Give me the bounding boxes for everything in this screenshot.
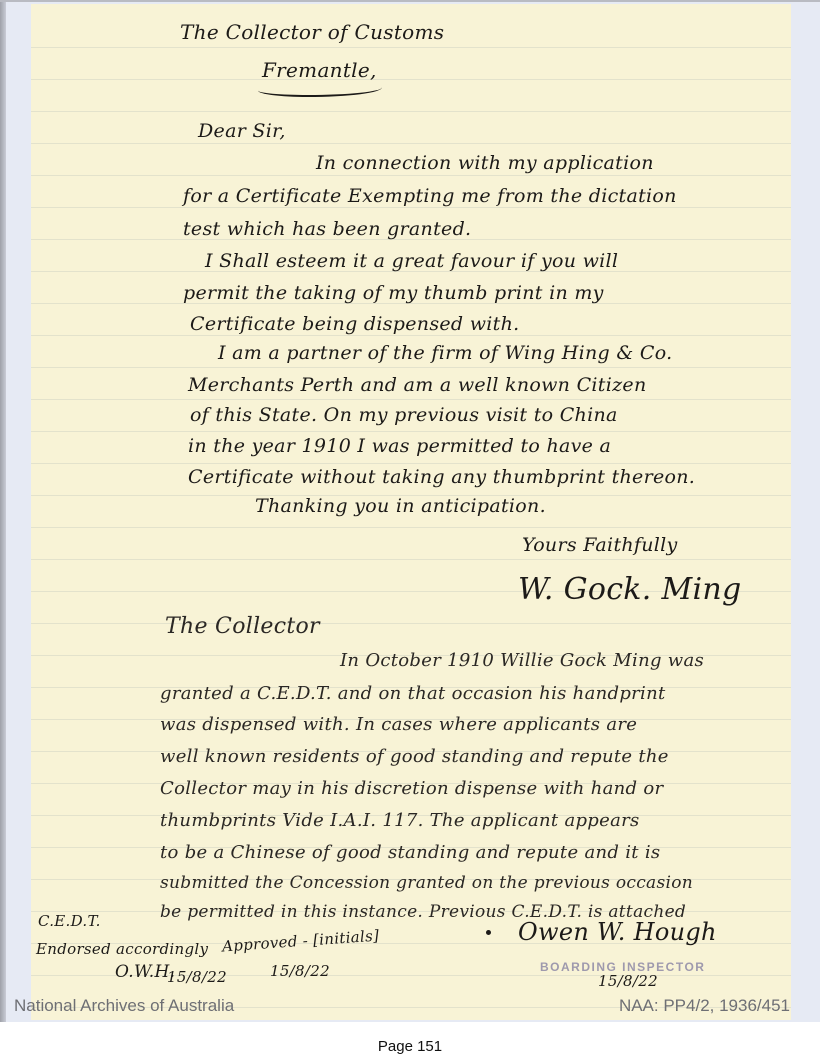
writer-signature: W. Gock. Ming — [518, 572, 741, 607]
endorsement-date: 15/8/22 — [167, 968, 227, 986]
approval-date: 15/8/22 — [270, 962, 330, 980]
address-line-2: Fremantle, — [262, 58, 377, 82]
minute-line: to be a Chinese of good standing and rep… — [160, 842, 660, 863]
letter-line: I Shall esteem it a great favour if you … — [205, 250, 618, 272]
archive-reference: NAA: PP4/2, 1936/451 — [619, 996, 790, 1016]
salutation: Dear Sir, — [198, 120, 286, 142]
minute-line: In October 1910 Willie Gock Ming was — [340, 650, 704, 671]
letter-line: for a Certificate Exempting me from the … — [183, 185, 677, 207]
letter-line: Merchants Perth and am a well known Citi… — [188, 374, 646, 396]
scan-edge — [0, 2, 6, 1022]
letter-line: In connection with my application — [316, 152, 654, 174]
scanned-page: The Collector of Customs Fremantle, Dear… — [0, 0, 820, 1022]
minute-line: Collector may in his discretion dispense… — [160, 778, 663, 799]
archive-name: National Archives of Australia — [14, 996, 234, 1016]
letter-line: in the year 1910 I was permitted to have… — [188, 435, 611, 457]
minute-line: thumbprints Vide I.A.I. 117. The applica… — [160, 810, 640, 831]
minute-line: granted a C.E.D.T. and on that occasion … — [160, 683, 666, 704]
letter-closing: Yours Faithfully — [522, 534, 678, 556]
letter-line: I am a partner of the firm of Wing Hing … — [218, 342, 672, 364]
minute-line: well known residents of good standing an… — [160, 746, 669, 767]
endorsement-cedt: C.E.D.T. — [38, 912, 101, 930]
letter-line: Certificate without taking any thumbprin… — [188, 466, 695, 488]
letter-line: test which has been granted. — [183, 218, 471, 240]
minute-addressee: The Collector — [165, 614, 320, 639]
ink-dot — [486, 930, 491, 935]
letter-line: permit the taking of my thumb print in m… — [183, 282, 604, 304]
minute-line: was dispensed with. In cases where appli… — [160, 714, 637, 735]
address-line-1: The Collector of Customs — [180, 20, 444, 44]
page-number: Page 151 — [0, 1038, 820, 1055]
inspector-signature: Owen W. Hough — [518, 918, 717, 946]
inspector-date: 15/8/22 — [598, 972, 658, 990]
letter-line: of this State. On my previous visit to C… — [190, 404, 618, 426]
endorsement-text: Endorsed accordingly — [36, 940, 208, 958]
minute-line: submitted the Concession granted on the … — [160, 873, 693, 893]
letter-line: Thanking you in anticipation. — [255, 495, 546, 517]
letter-line: Certificate being dispensed with. — [190, 313, 519, 335]
